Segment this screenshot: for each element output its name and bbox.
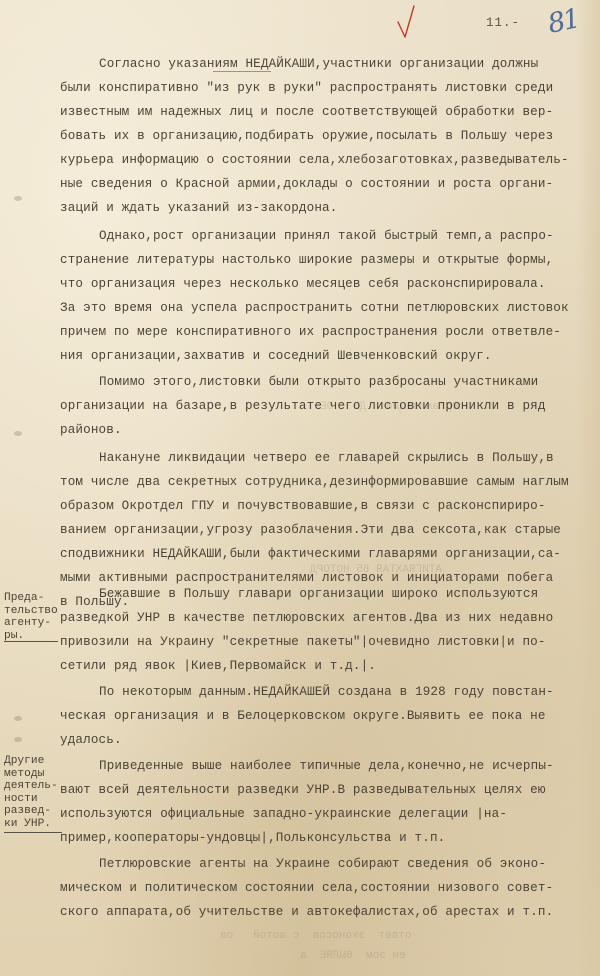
text-line: курьера информацию о состоянии села,хлеб…: [60, 152, 569, 168]
bleed-through-text: ен эом 6ЫЛЯЕ а: [300, 950, 406, 962]
text-line: сподвижники НЕДАЙКАШИ,были фактическими …: [60, 546, 561, 562]
text-line: ванием организации,угрозу разоблачения.Э…: [60, 522, 561, 538]
text-line: вают всей деятельности разведки УНР.В ра…: [60, 782, 546, 798]
text-line: За это время она успела распространить с…: [60, 300, 569, 316]
text-line: были конспиративно "из рук в руки" распр…: [60, 80, 553, 96]
text-line: ческая организация и в Белоцерковском ок…: [60, 708, 546, 724]
text-line: удалось.: [60, 732, 122, 748]
text-line: ского аппарата,об учительстве и автокефа…: [60, 904, 553, 920]
punch-hole: [14, 716, 22, 721]
text-line: Бежавшие в Польшу главари организации ши…: [99, 586, 538, 602]
text-line: Согласно указаниям НЕДАЙКАШИ,участники о…: [99, 56, 538, 72]
text-line: что организация через несколько месяцев …: [60, 276, 546, 292]
text-line: районов.: [60, 422, 122, 438]
text-line: По некоторым данным.НЕДАЙКАШЕЙ создана в…: [99, 684, 554, 700]
bleed-through-text: ответ эхоносов с аотой ов: [220, 930, 411, 942]
text-line: странение литературы настолько широкие р…: [60, 252, 553, 268]
text-line: Накануне ликвидации четверо ее главарей …: [99, 450, 554, 466]
text-line: причем по мере конспиративного их распро…: [60, 324, 561, 340]
text-line: Помимо этого,листовки были открыто разбр…: [99, 374, 538, 390]
punch-hole: [14, 431, 22, 436]
archive-folio-number: 81: [545, 3, 581, 40]
text-line: Однако,рост организации принял такой быс…: [99, 228, 554, 244]
text-line: разведкой УНР в качестве петлюровских аг…: [60, 610, 553, 626]
text-line: Приведенные выше наиболее типичные дела,…: [99, 758, 554, 774]
red-underline: [213, 71, 271, 72]
text-line: пример,кооператоры-ундовцы|,Польконсульс…: [60, 830, 445, 846]
text-line: образом Окротдел ГПУ и почувствовавшие,в…: [60, 498, 546, 514]
text-line: том числе два секретных сотрудника,дезин…: [60, 474, 569, 490]
document-page: Организации ДВ ОЕ АТИГЯАХТАЯ 65 НОТОРД 1…: [0, 0, 600, 976]
red-checkmark-icon: [395, 4, 417, 40]
text-line: сетили ряд явок |Киев,Первомайск и т.д.|…: [60, 658, 376, 674]
text-line: заций и ждать указаний из-закордона.: [60, 200, 337, 216]
text-line: ния организации,захватив и соседний Шевч…: [60, 348, 492, 364]
text-line: бовать их в организацию,подбирать оружие…: [60, 128, 553, 144]
margin-note-other-methods: Другие методы деятель- ности развед- ки …: [4, 755, 58, 830]
text-line: организации на базаре,в результате чего …: [60, 398, 546, 414]
margin-note-betrayal: Преда- тельство агенту- ры.: [4, 592, 58, 642]
text-line: мыми активными распространителями листов…: [60, 570, 553, 586]
punch-hole: [14, 196, 22, 201]
margin-note-rule: [4, 641, 58, 642]
text-line: привозили на Украину "секретные пакеты"|…: [60, 634, 546, 650]
text-line: используются официальные западно-украинс…: [60, 806, 507, 822]
margin-note-rule: [4, 832, 62, 833]
text-line: мическом и политическом состоянии села,с…: [60, 880, 553, 896]
text-line: Петлюровские агенты на Украине собирают …: [99, 856, 546, 872]
text-line: ные сведения о Красной армии,доклады о с…: [60, 176, 553, 192]
page-number: 11.-: [486, 16, 520, 30]
text-line: известным им надежных лиц и после соотве…: [60, 104, 553, 120]
punch-hole: [14, 737, 22, 742]
